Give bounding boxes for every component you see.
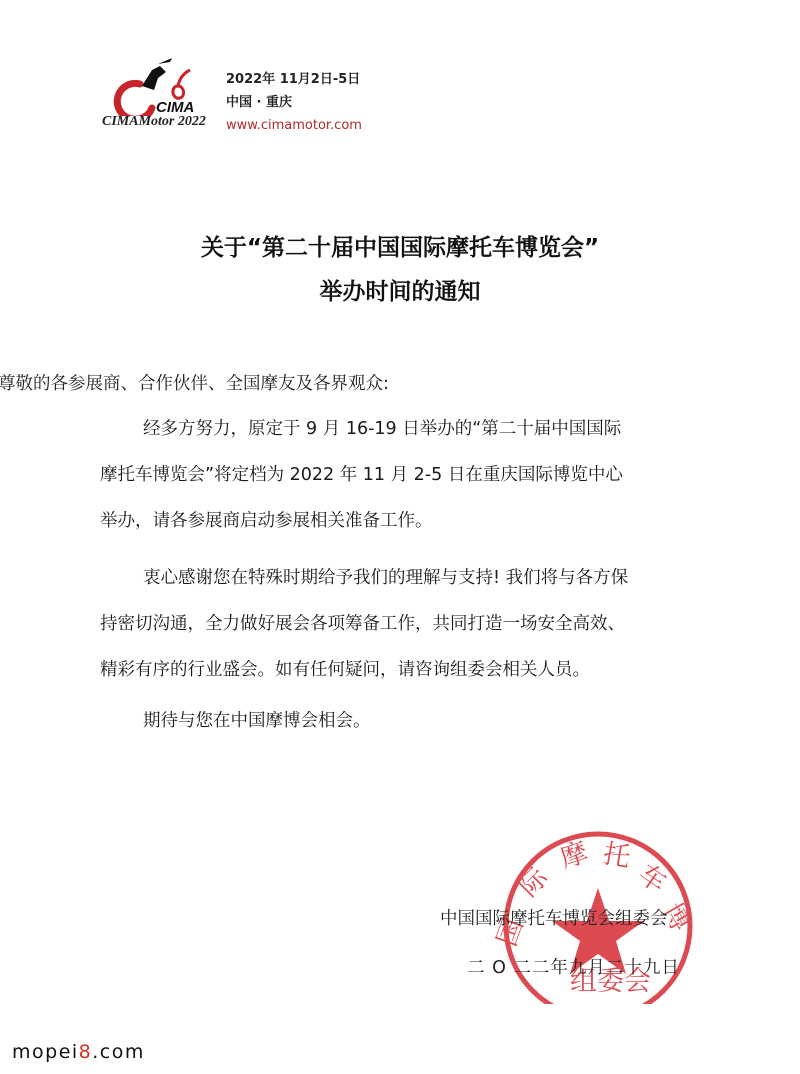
notice-subtitle: 举办时间的通知 — [0, 273, 800, 306]
paragraph-line: 衷心感谢您在特殊时期给予我们的理解与支持! 我们将与各方保 — [143, 564, 628, 589]
paragraph-line: 持密切沟通，全力做好展会各项筹备工作，共同打造一场安全高效、 — [100, 610, 625, 635]
signature-date: 二 O 二二年九月二十九日 — [467, 954, 680, 979]
site-watermark: mopei8.com — [12, 1041, 145, 1063]
paragraph-line: 举办，请各参展商启动参展相关准备工作。 — [100, 507, 433, 532]
watermark-prefix: mopei — [12, 1041, 79, 1063]
paragraph-line: 精彩有序的行业盛会。如有任何疑问，请咨询组委会相关人员。 — [100, 656, 590, 681]
event-date: 2022年 11月2日-5日 — [226, 68, 362, 91]
event-location: 中国 · 重庆 — [226, 91, 362, 114]
notice-title: 关于“第二十届中国国际摩托车博览会” — [0, 229, 800, 262]
watermark-suffix: .com — [92, 1041, 145, 1063]
website-link[interactable]: www.cimamotor.com — [226, 114, 362, 137]
svg-text:摩: 摩 — [557, 837, 592, 875]
paragraph-line: 摩托车博览会”将定档为 2022 年 11 月 2-5 日在重庆国际博览中心 — [100, 461, 623, 486]
salutation: 尊敬的各参展商、合作伙伴、全国摩友及各界观众: — [0, 370, 389, 395]
paragraph-line: 经多方努力，原定于 9 月 16-19 日举办的“第二十届中国国际 — [143, 415, 621, 440]
logo-caption: CIMAMotor 2022 — [102, 114, 206, 130]
signature-organization: 中国国际摩托车博览会组委会 — [440, 905, 668, 930]
motorcycle-rider-logo-icon: CIMA — [100, 56, 215, 116]
paragraph-line: 期待与您在中国摩博会相会。 — [143, 707, 371, 732]
watermark-accent: 8 — [79, 1041, 93, 1063]
svg-text:际: 际 — [513, 861, 555, 903]
event-info: 2022年 11月2日-5日 中国 · 重庆 www.cimamotor.com — [226, 68, 362, 137]
svg-text:托: 托 — [601, 838, 633, 873]
